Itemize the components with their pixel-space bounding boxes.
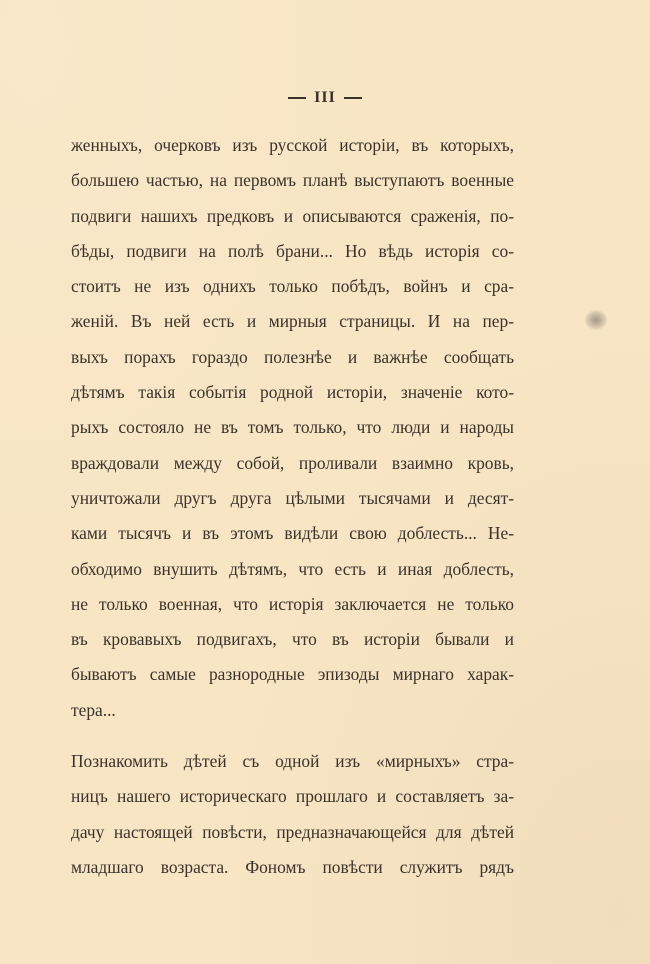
text-line: женій. Въ ней есть и мирныя страницы. И … [71,304,514,339]
header-dash-right [344,97,362,99]
text-line: дѣтямъ такія событія родной исторіи, зна… [71,375,514,410]
page-header: III [0,88,650,107]
text-line: ками тысячъ и въ этомъ видѣли свою добле… [71,516,514,551]
text-line: рыхъ состояло не въ томъ только, что люд… [71,410,514,445]
text-line: ницъ нашего историческаго прошлаго и сос… [71,779,514,814]
paragraph-2: Познакомить дѣтей съ одной изъ «мирныхъ»… [71,744,514,885]
text-line: уничтожали другъ друга цѣлыми тысячами и… [71,481,514,516]
text-line: обходимо внушить дѣтямъ, что есть и иная… [71,552,514,587]
text-line: стоитъ не изъ однихъ только побѣдъ, войн… [71,269,514,304]
text-line: Познакомить дѣтей съ одной изъ «мирныхъ»… [71,744,514,779]
text-line: не только военная, что исторія заключает… [71,587,514,622]
text-line: бѣды, подвиги на полѣ брани... Но вѣдь и… [71,234,514,269]
text-line: младшаго возраста. Фономъ повѣсти служит… [71,850,514,885]
text-line: бываютъ самые разнородные эпизоды мирнаг… [71,657,514,692]
text-line: большею частью, на первомъ планѣ выступа… [71,163,514,198]
header-dash-left [288,97,306,99]
text-line: подвиги нашихъ предковъ и описываются ср… [71,199,514,234]
text-line: дачу настоящей повѣсти, предназначающейс… [71,815,514,850]
text-line: враждовали между собой, проливали взаимн… [71,446,514,481]
ink-smudge [585,310,607,330]
text-line: женныхъ, очерковъ изъ русской исторіи, в… [71,128,514,163]
text-line: выхъ порахъ гораздо полезнѣе и важнѣе со… [71,340,514,375]
scanned-book-page: III женныхъ, очерковъ изъ русской исторі… [0,0,650,964]
paragraph-gap [71,728,514,744]
text-line: въ кровавыхъ подвигахъ, что въ исторіи б… [71,622,514,657]
page-number: III [314,89,336,106]
body-text: женныхъ, очерковъ изъ русской исторіи, в… [71,128,514,885]
text-line: тера... [71,693,514,728]
paragraph-1: женныхъ, очерковъ изъ русской исторіи, в… [71,128,514,728]
